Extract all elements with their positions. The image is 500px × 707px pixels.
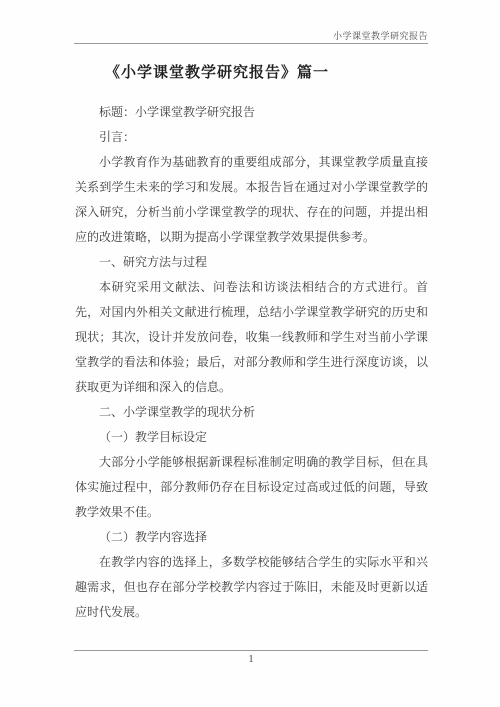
footer-rule [74, 650, 428, 651]
sub-heading: （二）教学内容选择 [75, 525, 428, 550]
section-heading: 一、研究方法与过程 [75, 250, 428, 275]
sub-heading: （一）教学目标设定 [75, 425, 428, 450]
paragraph: 大部分小学能够根据新课程标准制定明确的教学目标，但在具体实施过程中，部分教师仍存… [75, 450, 428, 525]
running-header: 小学课堂教学研究报告 [333, 29, 428, 42]
paragraph: 标题：小学课堂教学研究报告 [75, 100, 428, 125]
document-content: 《小学课堂教学研究报告》篇一 标题：小学课堂教学研究报告引言：小学教育作为基础教… [75, 60, 428, 625]
page-number: 1 [74, 653, 428, 665]
paragraph: 引言： [75, 125, 428, 150]
document-body: 标题：小学课堂教学研究报告引言：小学教育作为基础教育的重要组成部分，其课堂教学质… [75, 100, 428, 625]
section-heading: 二、小学课堂教学的现状分析 [75, 400, 428, 425]
paragraph: 本研究采用文献法、问卷法和访谈法相结合的方式进行。首先，对国内外相关文献进行梳理… [75, 275, 428, 400]
header-rule [74, 43, 428, 44]
document-page: 小学课堂教学研究报告 《小学课堂教学研究报告》篇一 标题：小学课堂教学研究报告引… [0, 0, 500, 707]
paragraph: 小学教育作为基础教育的重要组成部分，其课堂教学质量直接关系到学生未来的学习和发展… [75, 150, 428, 250]
document-title: 《小学课堂教学研究报告》篇一 [75, 60, 428, 86]
paragraph: 在教学内容的选择上，多数学校能够结合学生的实际水平和兴趣需求，但也存在部分学校教… [75, 550, 428, 625]
